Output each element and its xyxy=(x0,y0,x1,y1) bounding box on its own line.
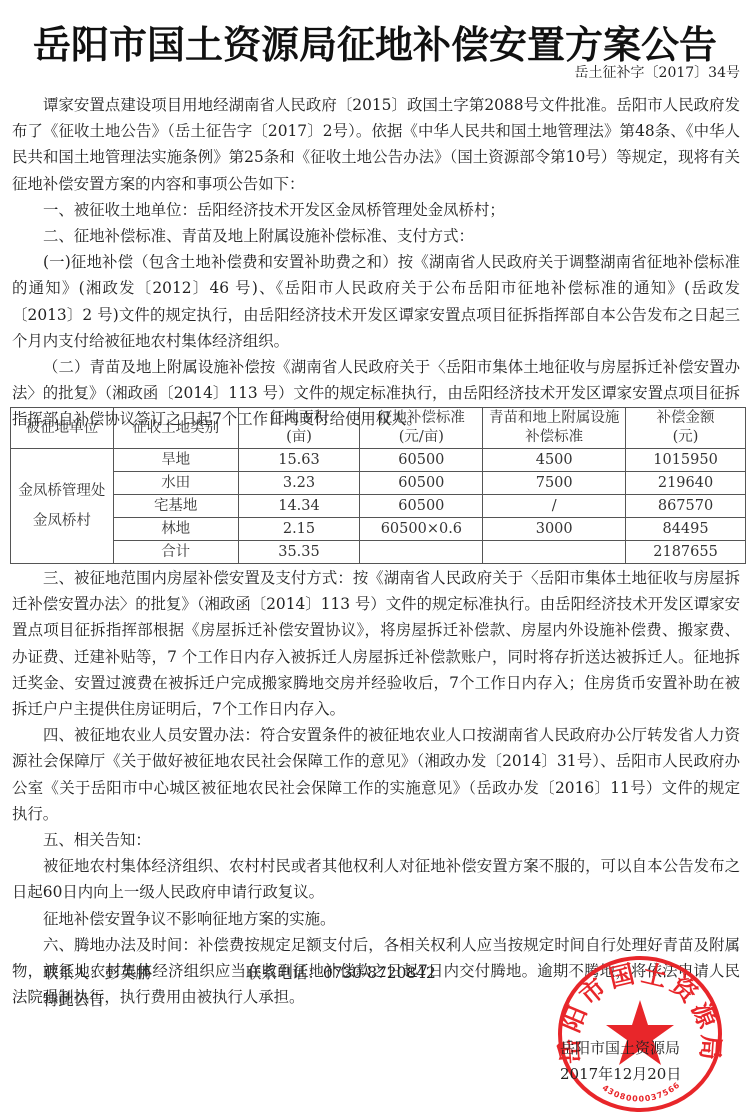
table-row: 林地 2.15 60500×0.6 3000 84495 xyxy=(11,518,746,541)
cell-crop-standard xyxy=(483,541,626,564)
section-2-1: (一)征地补偿（包含土地补偿费和安置补助费之和）按《湖南省人民政府关于调整湖南省… xyxy=(12,249,740,354)
contact-line: 联系人：彭英鹏 联系电话：0730-8720842 xyxy=(43,961,436,983)
cell-standard: 60500×0.6 xyxy=(360,518,483,541)
contact-person: 联系人：彭英鹏 xyxy=(43,961,241,983)
signature-org: 岳阳市国土资源局 xyxy=(560,1035,681,1061)
header-land-type: 征收土地类别 xyxy=(113,408,238,449)
cell-crop-standard: 3000 xyxy=(483,518,626,541)
header-amount: 补偿金额(元) xyxy=(626,408,746,449)
cell-area: 15.63 xyxy=(238,449,360,472)
header-area: 征地面积(亩) xyxy=(238,408,360,449)
cell-standard: 60500 xyxy=(360,472,483,495)
section-4: 四、被征地农业人员安置办法：符合安置条件的被征地农业人口按湖南省人民政府办公厅转… xyxy=(12,722,740,827)
signature-date: 2017年12月20日 xyxy=(560,1061,681,1087)
section-3: 三、被征地范围内房屋补偿安置及支付方式：按《湖南省人民政府关于〈岳阳市集体土地征… xyxy=(12,565,740,722)
table-row: 金凤桥管理处金凤桥村 旱地 15.63 60500 4500 1015950 xyxy=(11,449,746,472)
signature-block: 岳阳市国土资源局 2017年12月20日 xyxy=(560,1035,681,1087)
cell-amount: 84495 xyxy=(626,518,746,541)
cell-area: 35.35 xyxy=(238,541,360,564)
cell-amount: 2187655 xyxy=(626,541,746,564)
header-unit: 被征地单位 xyxy=(11,408,114,449)
contact-phone: 联系电话：0730-8720842 xyxy=(246,961,436,983)
table-total-row: 合计 35.35 2187655 xyxy=(11,541,746,564)
cell-area: 2.15 xyxy=(238,518,360,541)
closing-text: 特此公告 xyxy=(43,988,105,1010)
section-1: 一、被征收土地单位：岳阳经济技术开发区金凤桥管理处金凤桥村； xyxy=(12,197,740,223)
official-seal-icon: 岳阳市国土资源局 4308000037566 xyxy=(555,955,725,1113)
section-5-paragraph-2: 征地补偿安置争议不影响征地方案的实施。 xyxy=(12,906,740,932)
cell-area: 3.23 xyxy=(238,472,360,495)
header-standard: 征地补偿标准(元/亩) xyxy=(360,408,483,449)
unit-cell: 金凤桥管理处金凤桥村 xyxy=(11,449,114,564)
cell-area: 14.34 xyxy=(238,495,360,518)
document-number: 岳土征补字〔2017〕34号 xyxy=(575,62,740,82)
section-5-paragraph-1: 被征地农村集体经济组织、农村村民或者其他权利人对征地补偿安置方案不服的，可以自本… xyxy=(12,853,740,905)
cell-amount: 867570 xyxy=(626,495,746,518)
table-row: 宅基地 14.34 60500 / 867570 xyxy=(11,495,746,518)
cell-crop-standard: / xyxy=(483,495,626,518)
section-2-heading: 二、征地补偿标准、青苗及地上附属设施补偿标准、支付方式： xyxy=(12,223,740,249)
cell-type: 林地 xyxy=(113,518,238,541)
intro-block: 谭家安置点建设项目用地经湖南省人民政府〔2015〕政国土字第2088号文件批准。… xyxy=(12,92,740,433)
table-row: 水田 3.23 60500 7500 219640 xyxy=(11,472,746,495)
cell-amount: 1015950 xyxy=(626,449,746,472)
intro-paragraph: 谭家安置点建设项目用地经湖南省人民政府〔2015〕政国土字第2088号文件批准。… xyxy=(12,92,740,197)
cell-type: 宅基地 xyxy=(113,495,238,518)
compensation-table: 被征地单位 征收土地类别 征地面积(亩) 征地补偿标准(元/亩) 青苗和地上附属… xyxy=(10,407,746,564)
cell-crop-standard: 7500 xyxy=(483,472,626,495)
cell-type: 旱地 xyxy=(113,449,238,472)
header-crop-standard: 青苗和地上附属设施补偿标准 xyxy=(483,408,626,449)
cell-crop-standard: 4500 xyxy=(483,449,626,472)
cell-type: 水田 xyxy=(113,472,238,495)
body-block: 三、被征地范围内房屋补偿安置及支付方式：按《湖南省人民政府关于〈岳阳市集体土地征… xyxy=(12,565,740,1010)
section-5-heading: 五、相关告知： xyxy=(12,827,740,853)
cell-amount: 219640 xyxy=(626,472,746,495)
cell-type: 合计 xyxy=(113,541,238,564)
cell-standard: 60500 xyxy=(360,495,483,518)
table-header-row: 被征地单位 征收土地类别 征地面积(亩) 征地补偿标准(元/亩) 青苗和地上附属… xyxy=(11,408,746,449)
document-title: 岳阳市国土资源局征地补偿安置方案公告 xyxy=(0,14,750,69)
cell-standard xyxy=(360,541,483,564)
cell-standard: 60500 xyxy=(360,449,483,472)
